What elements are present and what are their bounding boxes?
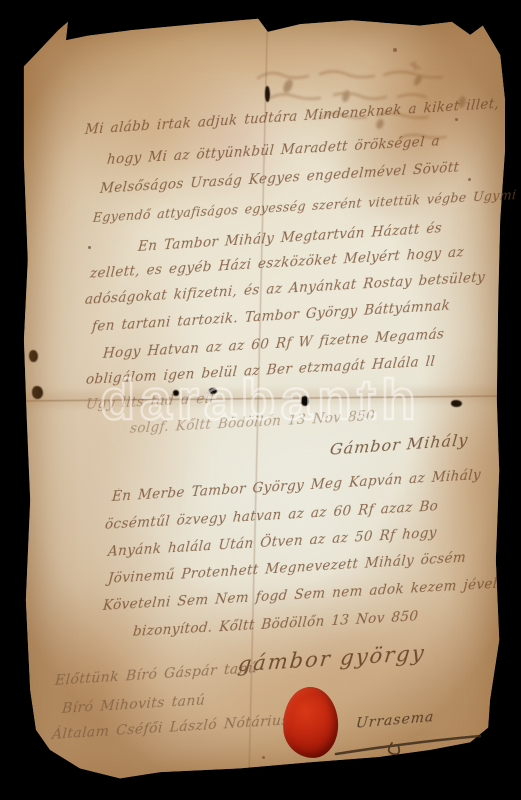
scanned-document-photo: Mi alább irtak adjuk tudtára Mindeneknek… (0, 0, 521, 800)
signature-flourish-stroke (334, 728, 484, 758)
